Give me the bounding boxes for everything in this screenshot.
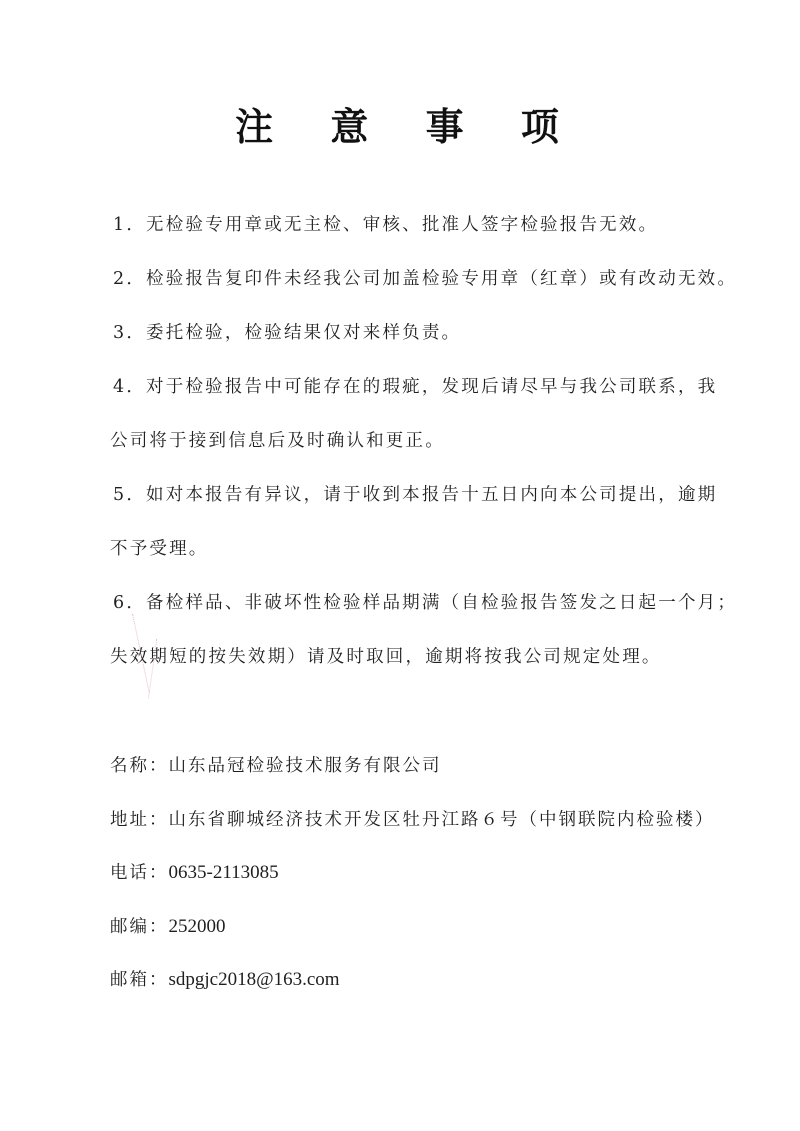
address-value: 山东省聊城经济技术开发区牡丹江路６号（中钢联院内检验楼）	[169, 810, 715, 830]
postcode-value: 252000	[169, 916, 226, 937]
notice-item-4: 4．对于检验报告中可能存在的瑕疵，发现后请尽早与我公司联系，我	[113, 373, 717, 398]
notice-item-5: 5．如对本报告有异议，请于收到本报告十五日内向本公司提出，逾期	[113, 481, 717, 506]
notice-number: 1．	[113, 215, 146, 235]
notice-text: 备检样品、非破坏性检验样品期满（自检验报告签发之日起一个月；	[146, 593, 737, 613]
company-name-row: 名称：山东品冠检验技术服务有限公司	[110, 752, 442, 777]
postcode-row: 邮编：252000	[110, 913, 226, 938]
notice-number: 3．	[113, 323, 146, 343]
notice-item-1: 1．无检验专用章或无主检、审核、批准人签字检验报告无效。	[113, 211, 658, 236]
email-value: sdpgjc2018@163.com	[169, 969, 340, 990]
notice-text: 检验报告复印件未经我公司加盖检验专用章（红章）或有改动无效。	[146, 269, 737, 289]
address-label: 地址：	[110, 810, 169, 830]
page-title: 注 意 事 项	[0, 96, 800, 151]
notice-number: 2．	[113, 269, 146, 289]
phone-row: 电话：0635-2113085	[110, 859, 279, 884]
notice-item-2: 2．检验报告复印件未经我公司加盖检验专用章（红章）或有改动无效。	[113, 265, 737, 290]
notice-text: 如对本报告有异议，请于收到本报告十五日内向本公司提出，逾期	[146, 485, 717, 505]
postcode-label: 邮编：	[110, 917, 169, 937]
notice-item-5-continuation: 不予受理。	[110, 535, 209, 560]
email-label: 邮箱：	[110, 970, 169, 990]
notice-text: 对于检验报告中可能存在的瑕疵，发现后请尽早与我公司联系，我	[146, 377, 717, 397]
address-row: 地址：山东省聊城经济技术开发区牡丹江路６号（中钢联院内检验楼）	[110, 806, 715, 831]
document-page: 注 意 事 项 1．无检验专用章或无主检、审核、批准人签字检验报告无效。 2．检…	[0, 0, 800, 1131]
notice-item-3: 3．委托检验，检验结果仅对来样负责。	[113, 319, 461, 344]
notice-item-6: 6．备检样品、非破坏性检验样品期满（自检验报告签发之日起一个月；	[113, 589, 737, 614]
notice-item-4-continuation: 公司将于接到信息后及时确认和更正。	[110, 427, 445, 452]
notice-number: 6．	[113, 593, 146, 613]
notice-text: 无检验专用章或无主检、审核、批准人签字检验报告无效。	[146, 215, 658, 235]
phone-value: 0635-2113085	[169, 862, 279, 883]
company-name-label: 名称：	[110, 756, 169, 776]
company-name-value: 山东品冠检验技术服务有限公司	[169, 756, 442, 776]
email-row: 邮箱：sdpgjc2018@163.com	[110, 966, 340, 991]
phone-label: 电话：	[110, 863, 169, 883]
notice-number: 5．	[113, 485, 146, 505]
notice-item-6-continuation: 失效期短的按失效期）请及时取回，逾期将按我公司规定处理。	[110, 643, 662, 668]
notice-number: 4．	[113, 377, 146, 397]
notice-text: 委托检验，检验结果仅对来样负责。	[146, 323, 461, 343]
